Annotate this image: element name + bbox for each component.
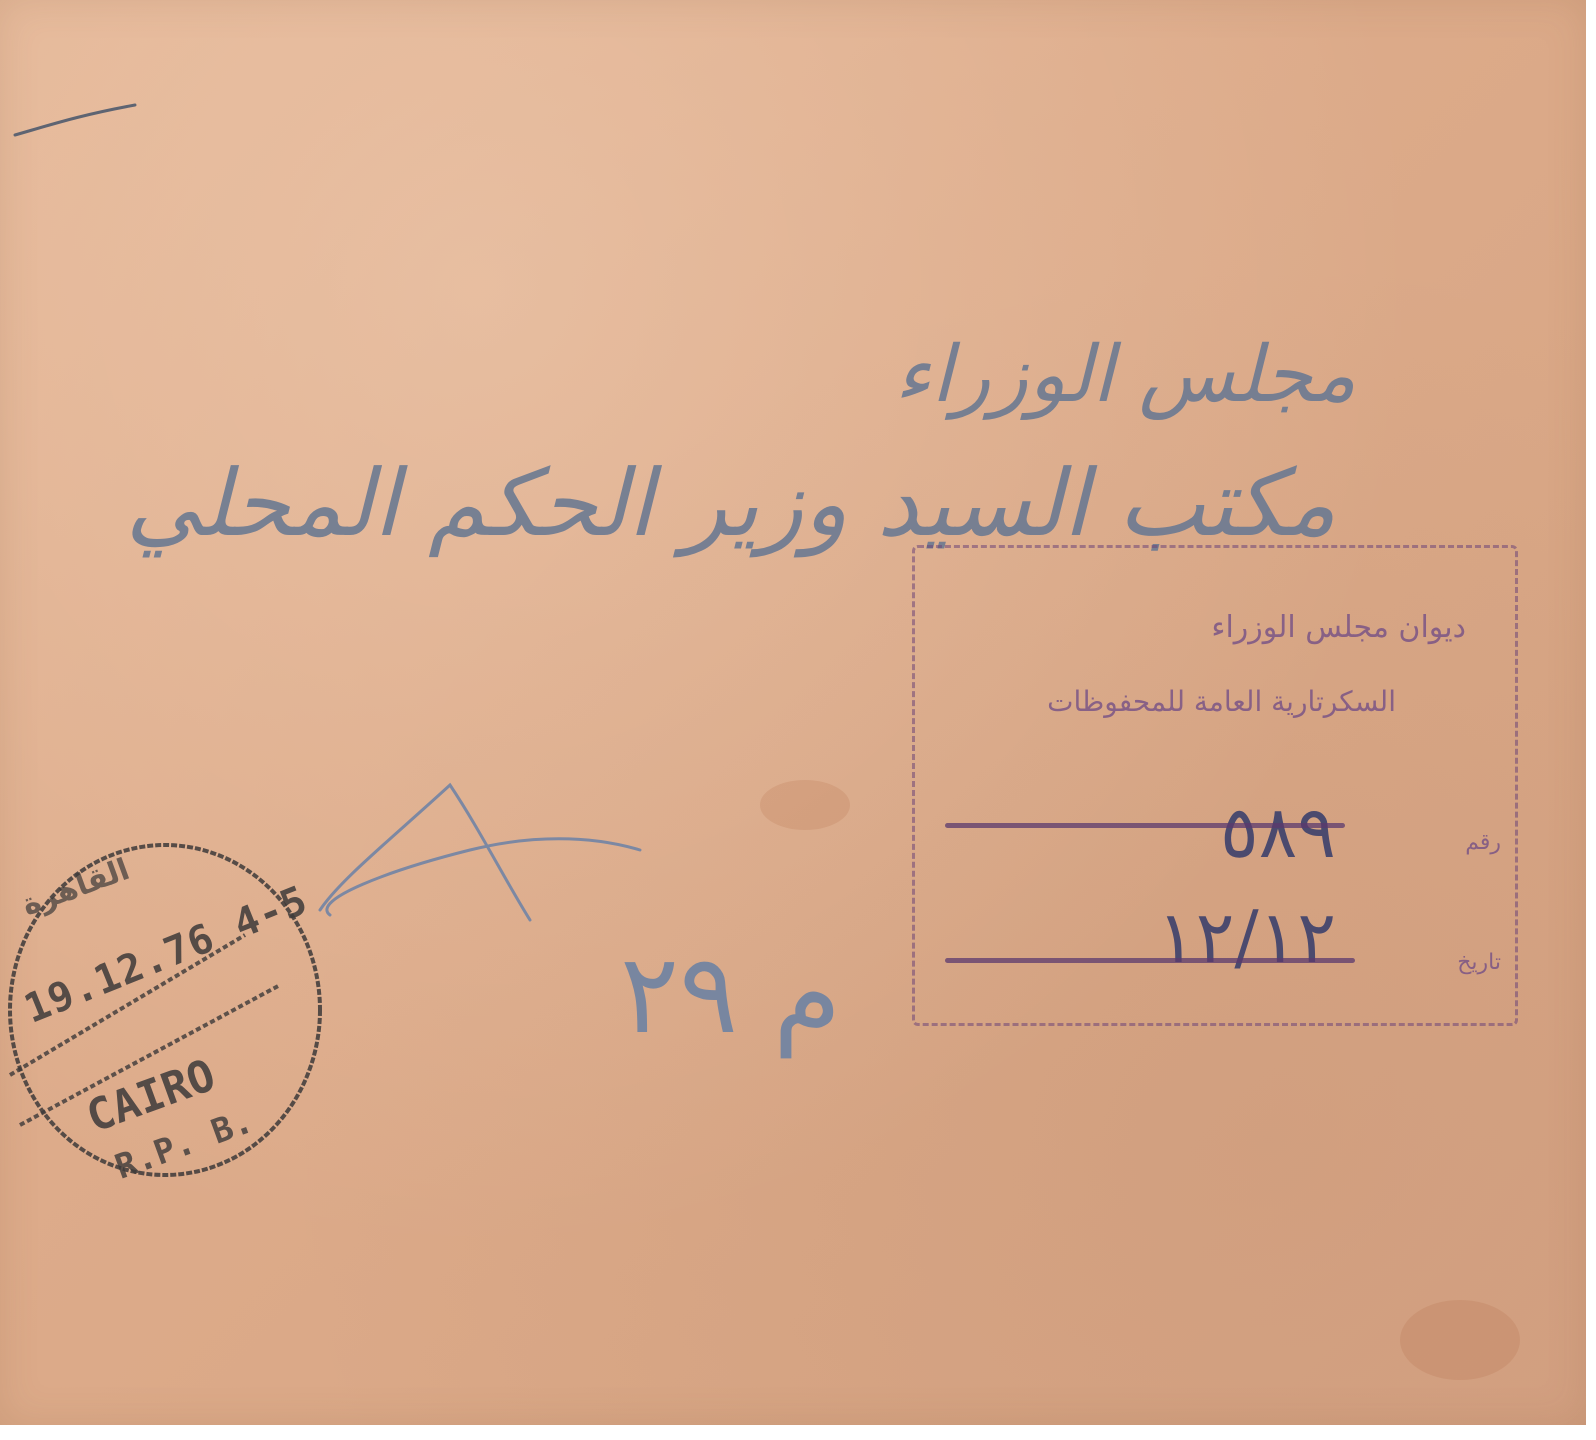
address-line-1: مجلس الوزراء bbox=[894, 330, 1356, 420]
address-line-2: مكتب السيد وزير الحكم المحلي bbox=[126, 450, 1336, 557]
stain bbox=[760, 780, 850, 830]
registry-stamp-subheader: السكرتارية العامة للمحفوظات bbox=[1047, 685, 1396, 718]
stain bbox=[1400, 1300, 1520, 1380]
pencil-stroke-icon bbox=[10, 100, 140, 140]
envelope: مجلس الوزراء مكتب السيد وزير الحكم المحل… bbox=[0, 0, 1586, 1425]
registry-number-value: ٥٨٩ bbox=[1220, 790, 1336, 874]
stamp-rule bbox=[945, 823, 1345, 828]
stamp-rule bbox=[945, 958, 1355, 963]
pencil-number: م ٢٩ bbox=[620, 930, 841, 1058]
registry-date-label: تاريخ bbox=[1457, 950, 1501, 975]
registry-number-label: رقم bbox=[1465, 830, 1501, 855]
registry-stamp-header: ديوان مجلس الوزراء bbox=[1211, 610, 1466, 645]
registry-date-value: ١٢/١٢ bbox=[1157, 895, 1336, 979]
numeral-eight-mark-icon bbox=[300, 760, 650, 940]
